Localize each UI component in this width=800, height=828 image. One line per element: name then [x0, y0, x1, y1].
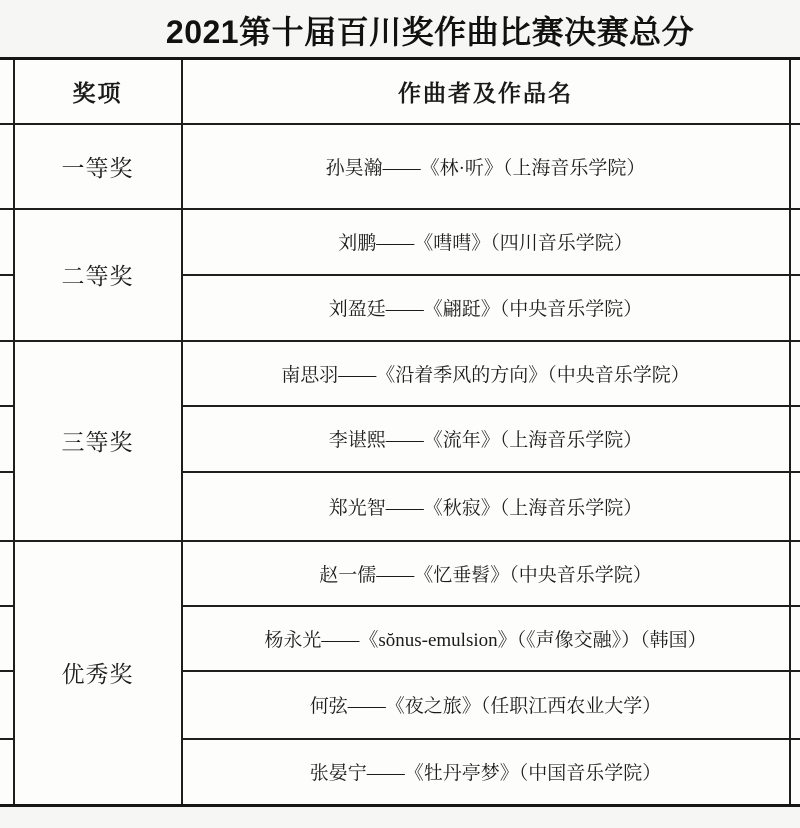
table-row: 优秀奖 赵一儒——《忆垂髫》（中央音乐学院）: [0, 541, 800, 606]
table-row: 二等奖 刘鹏——《嘒嘒》（四川音乐学院）: [0, 209, 800, 275]
col-header-award: 奖项: [14, 59, 182, 124]
entry-cell: 赵一儒——《忆垂髫》（中央音乐学院）: [182, 541, 790, 606]
clipped-score-column-cell: [790, 472, 800, 541]
entry-cell: 李谌熙——《流年》（上海音乐学院）: [182, 406, 790, 472]
clipped-left-column-cell: [0, 606, 14, 671]
table-header-row: 奖项 作曲者及作品名 最: [0, 59, 800, 124]
table-row: 三等奖 南思羽——《沿着季风的方向》（中央音乐学院）: [0, 341, 800, 406]
col-header-work: 作曲者及作品名: [182, 59, 790, 124]
clipped-left-column-cell: [0, 341, 14, 406]
entry-cell: 杨永光——《sŏnus-emulsion》（《声像交融》）（韩国）: [182, 606, 790, 671]
clipped-left-column-cell: [0, 406, 14, 472]
award-group-label-excellence-prize: 优秀奖: [14, 541, 182, 806]
clipped-score-column-cell: [790, 671, 800, 739]
col-header-score-clipped: 最: [790, 59, 800, 124]
clipped-score-column-cell: [790, 275, 800, 341]
clipped-score-column-cell: [790, 341, 800, 406]
entry-cell: 张晏宁——《牡丹亭梦》（中国音乐学院）: [182, 739, 790, 806]
award-group-label-second-prize: 二等奖: [14, 209, 182, 341]
awards-table: 奖项 作曲者及作品名 最 一等奖 孙昊瀚——《林·听》（上海音乐学院） 二等奖 …: [0, 57, 800, 807]
clipped-left-column-cell: [0, 472, 14, 541]
clipped-left-column-header: [0, 59, 14, 124]
clipped-left-column-cell: [0, 671, 14, 739]
clipped-left-column-cell: [0, 739, 14, 806]
clipped-left-column-cell: [0, 541, 14, 606]
entry-cell: 郑光智——《秋寂》（上海音乐学院）: [182, 472, 790, 541]
award-group-label-first-prize: 一等奖: [14, 124, 182, 209]
award-group-label-third-prize: 三等奖: [14, 341, 182, 541]
clipped-score-column-cell: [790, 209, 800, 275]
clipped-left-column-cell: [0, 124, 14, 209]
clipped-score-column-cell: [790, 606, 800, 671]
entry-cell: 刘鹏——《嘒嘒》（四川音乐学院）: [182, 209, 790, 275]
page-title: 2021第十届百川奖作曲比赛决赛总分: [60, 7, 800, 53]
clipped-left-column-cell: [0, 275, 14, 341]
clipped-score-column-cell: [790, 406, 800, 472]
clipped-left-column-cell: [0, 209, 14, 275]
entry-cell: 孙昊瀚——《林·听》（上海音乐学院）: [182, 124, 790, 209]
clipped-score-column-cell: [790, 124, 800, 209]
entry-cell: 何弦——《夜之旅》（任职江西农业大学）: [182, 671, 790, 739]
clipped-score-column-cell: [790, 541, 800, 606]
awards-table-wrapper: 奖项 作曲者及作品名 最 一等奖 孙昊瀚——《林·听》（上海音乐学院） 二等奖 …: [0, 57, 800, 807]
entry-cell: 南思羽——《沿着季风的方向》（中央音乐学院）: [182, 341, 790, 406]
table-row: 一等奖 孙昊瀚——《林·听》（上海音乐学院）: [0, 124, 800, 209]
entry-cell: 刘盈廷——《翩跹》（中央音乐学院）: [182, 275, 790, 341]
clipped-score-column-cell: [790, 739, 800, 806]
